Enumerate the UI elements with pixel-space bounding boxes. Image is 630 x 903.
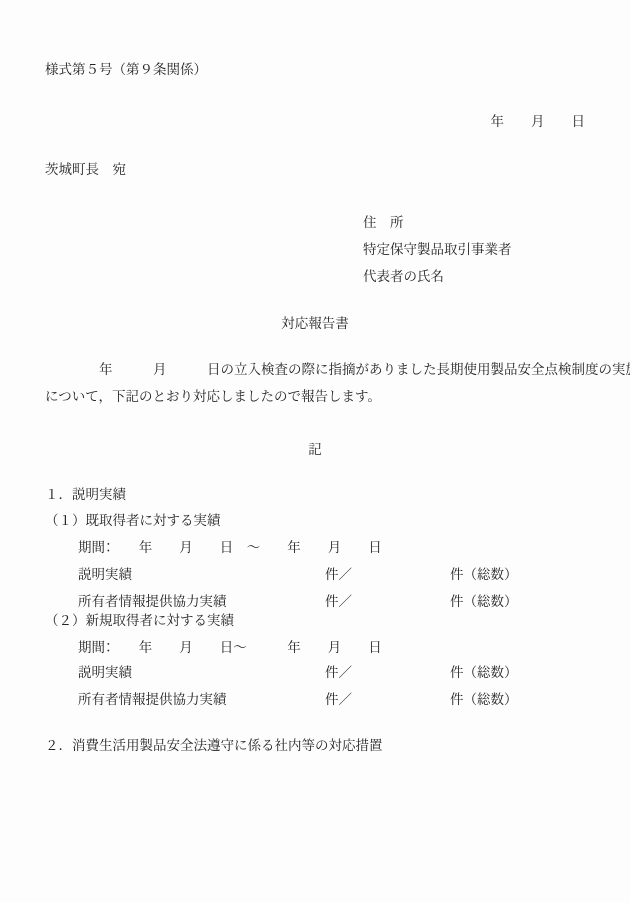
row-count-unit: 件／	[325, 567, 352, 583]
row-total-unit: 件（総数）	[450, 665, 518, 681]
section1-sub1-period: 期間： 年 月 日 ～ 年 月 日	[45, 540, 585, 556]
section1-sub1-heading: （１）既取得者に対する実績	[45, 513, 585, 529]
sender-business-label: 特定保守製品取引事業者	[363, 242, 630, 258]
table-row: 所有者情報提供協力実績 件／ 件（総数）	[45, 692, 585, 710]
record-marker: 記	[45, 442, 585, 458]
table-row: 所有者情報提供協力実績 件／ 件（総数）	[45, 594, 585, 612]
sender-representative-label: 代表者の氏名	[363, 269, 630, 285]
section1-heading: １．説明実績	[45, 487, 585, 503]
row-label: 所有者情報提供協力実績	[78, 692, 227, 708]
sender-address-label: 住 所	[363, 215, 630, 231]
table-row: 説明実績 件／ 件（総数）	[45, 567, 585, 585]
row-total-unit: 件（総数）	[450, 692, 518, 708]
row-count-unit: 件／	[325, 665, 352, 681]
row-count-unit: 件／	[325, 692, 352, 708]
form-number: 様式第５号（第９条関係）	[45, 62, 585, 78]
report-form-page: 様式第５号（第９条関係） 年 月 日 茨城町長 宛 住 所 特定保守製品取引事業…	[0, 0, 630, 903]
section1-sub2-period: 期間： 年 月 日～ 年 月 日	[45, 640, 585, 656]
document-title: 対応報告書	[45, 316, 585, 332]
section1-sub2-heading: （２）新規取得者に対する実績	[45, 613, 585, 629]
row-label: 説明実績	[78, 567, 132, 583]
body-paragraph-line1: 年 月 日の立入検査の際に指摘がありました長期使用製品安全点検制度の実施	[45, 362, 585, 378]
body-paragraph-line2: について，下記のとおり対応しましたので報告します。	[45, 389, 585, 405]
row-label: 説明実績	[78, 665, 132, 681]
date-line: 年 月 日	[45, 114, 585, 130]
table-row: 説明実績 件／ 件（総数）	[45, 665, 585, 683]
row-count-unit: 件／	[325, 594, 352, 610]
row-total-unit: 件（総数）	[450, 567, 518, 583]
section2-heading: ２．消費生活用製品安全法遵守に係る社内等の対応措置	[45, 738, 585, 754]
addressee: 茨城町長 宛	[45, 162, 585, 178]
row-total-unit: 件（総数）	[450, 594, 518, 610]
row-label: 所有者情報提供協力実績	[78, 594, 227, 610]
